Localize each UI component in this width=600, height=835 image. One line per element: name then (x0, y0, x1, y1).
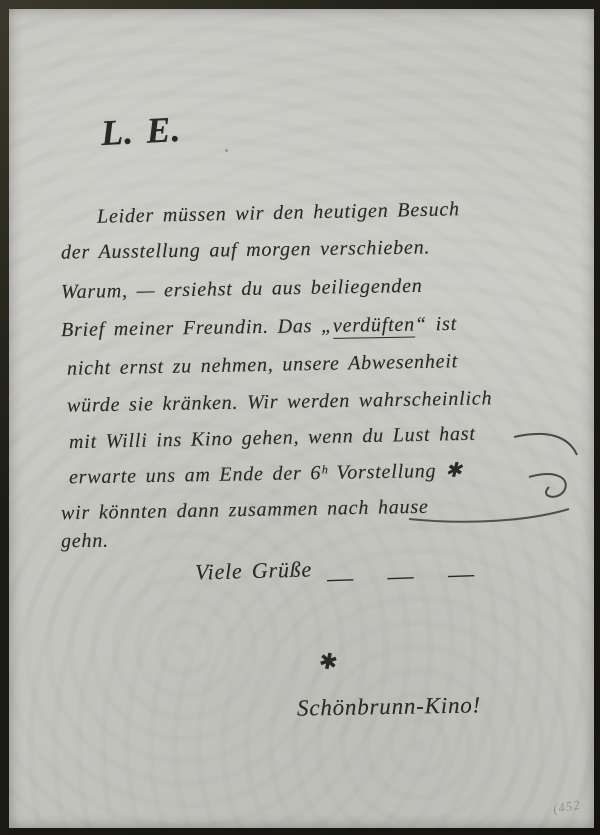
closing-dashes: — — — (327, 558, 489, 594)
body-line-4-prefix: Brief meiner Freundin. Das „ (61, 315, 333, 341)
body-line-2: der Ausstellung auf morgen verschieben. (61, 237, 431, 262)
footnote-text: Schönbrunn-Kino! (297, 693, 481, 719)
body-line-3: Warum, — ersiehst du aus beiliegenden (61, 276, 423, 302)
scanned-letter-photo: { "letter": { "salutation": "L. E.", "li… (0, 0, 600, 835)
body-line-9: wir könnten dann zusammen nach hause (61, 497, 429, 523)
body-line-6: würde sie kränken. Wir werden wahrschein… (67, 388, 493, 415)
body-line-8: erwarte uns am Ende der 6ʰ Vorstellung ✱ (69, 461, 463, 488)
salutation: L. E. (100, 111, 182, 151)
footnote-asterisk-icon: ✱ (317, 649, 340, 675)
page-number-mark: (452 (552, 797, 582, 818)
paper-speck (225, 149, 228, 152)
closing-greeting: Viele Grüße (195, 558, 313, 583)
body-line-4: Brief meiner Freundin. Das „verdüften“ i… (61, 314, 457, 340)
body-line-4-suffix: “ ist (415, 313, 457, 336)
body-line-1: Leider müssen wir den heutigen Besuch (97, 199, 460, 227)
body-line-7: mit Willi ins Kino gehen, wenn du Lust h… (69, 424, 476, 453)
body-line-10: gehn. (61, 531, 109, 552)
underlined-word: verdüften (333, 314, 415, 339)
letter-paper: L. E. Leider müssen wir den heutigen Bes… (9, 9, 594, 828)
body-line-5: nicht ernst zu nehmen, unsere Abwesenhei… (67, 351, 458, 379)
